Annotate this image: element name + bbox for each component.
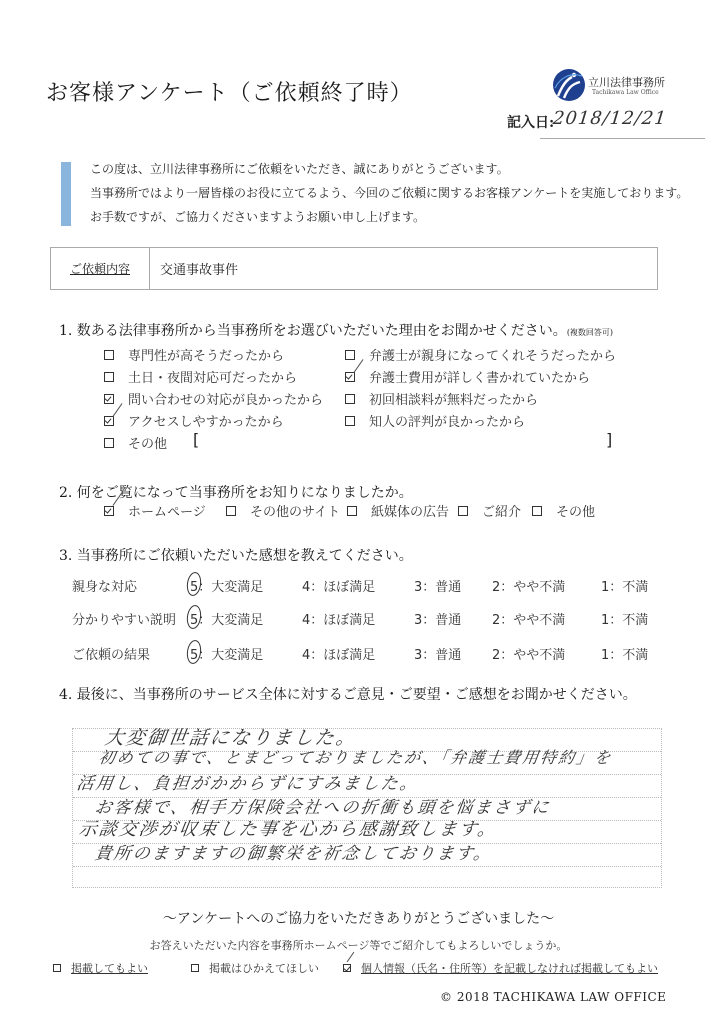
- q2-option-homepage[interactable]: ホームページ: [104, 501, 206, 520]
- q1-option-expertise[interactable]: 専門性が高そうだったから: [104, 345, 284, 364]
- option-label: 専門性が高そうだったから: [128, 345, 284, 364]
- q3-title: 3. 当事務所にご依頼いただいた感想を教えてください。: [59, 545, 413, 565]
- thanks-message: ～アンケートへのご協力をいただきありがとうございました～: [0, 908, 717, 928]
- rating-option-5[interactable]: 5：大変満足: [190, 644, 263, 663]
- date-label: 記入日:: [507, 112, 554, 132]
- checkbox[interactable]: [226, 506, 236, 516]
- option-label: 掲載はひかえてほしい: [209, 960, 319, 976]
- q1-option-free-consult[interactable]: 初回相談料が無料だったから: [345, 389, 538, 408]
- rating-row-explanation: 分かりやすい説明 5：大変満足 4：ほぼ満足 3：普通 2：やや不満 1：不満: [72, 609, 692, 629]
- q1-other-open-bracket: [: [193, 430, 199, 449]
- q1-option-fees[interactable]: 弁護士費用が詳しく書かれていたから: [345, 367, 590, 386]
- checkbox-checked[interactable]: [104, 394, 114, 404]
- q1-option-other[interactable]: その他: [104, 433, 167, 452]
- publish-option-anonymous[interactable]: 個人情報（氏名・住所等）を記載しなければ掲載してもよい: [343, 960, 658, 976]
- rating-option-4[interactable]: 4：ほぼ満足: [302, 609, 375, 628]
- option-label: 掲載してもよい: [71, 960, 148, 976]
- checkbox[interactable]: [458, 506, 468, 516]
- rating-option-4[interactable]: 4：ほぼ満足: [302, 576, 375, 595]
- rating-row-result: ご依頼の結果 5：大変満足 4：ほぼ満足 3：普通 2：やや不満 1：不満: [72, 644, 692, 664]
- law-office-logo-icon: [552, 68, 586, 102]
- option-label: その他: [128, 433, 167, 452]
- handwritten-line-6: 貴所のますますの御繁栄を祈念しております。: [93, 839, 494, 864]
- rating-option-3[interactable]: 3：普通: [414, 609, 461, 628]
- option-label: その他のサイト: [250, 501, 340, 520]
- logo-subtitle: Tachikawa Law Office: [592, 89, 659, 96]
- option-label: ホームページ: [128, 501, 206, 520]
- q2-option-print-ad[interactable]: 紙媒体の広告: [347, 501, 449, 520]
- rating-option-3[interactable]: 3：普通: [414, 644, 461, 663]
- rating-option-5[interactable]: 5：大変満足: [190, 576, 263, 595]
- option-label: 個人情報（氏名・住所等）を記載しなければ掲載してもよい: [361, 960, 658, 976]
- checkbox-checked[interactable]: [345, 372, 355, 382]
- rating-option-1[interactable]: 1：不満: [601, 644, 648, 663]
- logo-name: 立川法律事務所: [588, 74, 665, 90]
- q1-title: 1. 数ある法律事務所から当事務所をお選びいただいた理由をお聞かせください。(複…: [59, 320, 613, 340]
- q1-option-weekend[interactable]: 土日・夜間対応可だったから: [104, 367, 297, 386]
- ruled-line: [73, 866, 661, 867]
- checkbox[interactable]: [104, 372, 114, 382]
- option-label: 弁護士費用が詳しく書かれていたから: [369, 367, 590, 386]
- q1-option-inquiry[interactable]: 問い合わせの対応が良かったから: [104, 389, 323, 408]
- rating-option-2[interactable]: 2：やや不満: [492, 576, 565, 595]
- checkbox[interactable]: [345, 416, 355, 426]
- request-label: ご依頼内容: [51, 248, 150, 289]
- copyright: © 2018 TACHIKAWA LAW OFFICE: [440, 990, 666, 1004]
- q2-option-referral[interactable]: ご紹介: [458, 501, 521, 520]
- rating-option-3[interactable]: 3：普通: [414, 576, 461, 595]
- option-label: 弁護士が親身になってくれそうだったから: [369, 345, 616, 364]
- checkbox[interactable]: [53, 964, 61, 972]
- checkbox-checked[interactable]: [104, 416, 114, 426]
- q4-title: 4. 最後に、当事務所のサービス全体に対するご意見・ご要望・ご感想をお聞かせくだ…: [59, 684, 637, 704]
- q1-option-access[interactable]: アクセスしやすかったから: [104, 411, 284, 430]
- q2-option-other-site[interactable]: その他のサイト: [226, 501, 340, 520]
- date-field[interactable]: 2018/12/21: [552, 108, 668, 129]
- q1-option-reputation[interactable]: 知人の評判が良かったから: [345, 411, 525, 430]
- option-label: 問い合わせの対応が良かったから: [128, 389, 323, 408]
- q1-note: (複数回答可): [567, 328, 613, 337]
- q1-other-close-bracket: ]: [606, 430, 612, 449]
- intro-line-3: お手数ですが、ご協力くださいますようお願い申し上げます。: [90, 208, 425, 225]
- checkbox[interactable]: [347, 506, 357, 516]
- option-label: ご紹介: [482, 501, 521, 520]
- publish-question: お答えいただいた内容を事務所ホームページ等でご紹介してもよろしいでしょうか。: [0, 937, 717, 953]
- checkbox[interactable]: [104, 438, 114, 448]
- option-label: 紙媒体の広告: [371, 501, 449, 520]
- q1-option-caring[interactable]: 弁護士が親身になってくれそうだったから: [345, 345, 616, 364]
- rating-row-caring: 親身な対応 5：大変満足 4：ほぼ満足 3：普通 2：やや不満 1：不満: [72, 576, 692, 596]
- rating-option-1[interactable]: 1：不満: [601, 609, 648, 628]
- request-box: ご依頼内容 交通事故事件: [50, 247, 658, 290]
- rating-label: 分かりやすい説明: [72, 609, 176, 628]
- page-title: お客様アンケート（ご依頼終了時）: [46, 76, 413, 107]
- q2-title: 2. 何をご覧になって当事務所をお知りになりましたか。: [59, 482, 413, 502]
- rating-label: ご依頼の結果: [72, 644, 150, 663]
- rating-option-2[interactable]: 2：やや不満: [492, 609, 565, 628]
- checkbox[interactable]: [345, 350, 355, 360]
- rating-option-1[interactable]: 1：不満: [601, 576, 648, 595]
- q1-title-text: 1. 数ある法律事務所から当事務所をお選びいただいた理由をお聞かせください。: [59, 323, 567, 339]
- option-label: その他: [556, 501, 595, 520]
- intro-line-1: この度は、立川法律事務所にご依頼をいただき、誠にありがとうございます。: [90, 160, 509, 177]
- checkbox[interactable]: [104, 350, 114, 360]
- checkbox-checked[interactable]: [343, 964, 351, 972]
- request-value[interactable]: 交通事故事件: [150, 248, 238, 289]
- handwritten-line-2: 初めての事で、とまどっておりましたが、「弁護士費用特約」を: [97, 745, 614, 768]
- rating-option-5[interactable]: 5：大変満足: [190, 609, 263, 628]
- rating-label: 親身な対応: [72, 576, 137, 595]
- comment-textarea[interactable]: 大変御世話になりました。 初めての事で、とまどっておりましたが、「弁護士費用特約…: [72, 728, 662, 888]
- option-label: 知人の評判が良かったから: [369, 411, 525, 430]
- checkbox[interactable]: [345, 394, 355, 404]
- checkbox-checked[interactable]: [104, 506, 114, 516]
- intro-accent-bar: [61, 162, 71, 226]
- handwritten-line-3: 活用し、負担がかからずにすみました。: [75, 769, 421, 794]
- checkbox[interactable]: [532, 506, 542, 516]
- option-label: 初回相談料が無料だったから: [369, 389, 538, 408]
- q1-other-input[interactable]: [205, 432, 600, 450]
- date-underline: [540, 138, 705, 139]
- option-label: アクセスしやすかったから: [128, 411, 284, 430]
- rating-option-2[interactable]: 2：やや不満: [492, 644, 565, 663]
- handwritten-line-5: 示談交渉が収束した事を心から感謝致します。: [77, 815, 499, 841]
- intro-line-2: 当事務所ではより一層皆様のお役に立てるよう、今回のご依頼に関するお客様アンケート…: [90, 184, 688, 201]
- option-label: 土日・夜間対応可だったから: [128, 367, 297, 386]
- q2-option-other[interactable]: その他: [532, 501, 595, 520]
- publish-option-allow[interactable]: 掲載してもよい: [53, 960, 148, 976]
- rating-option-4[interactable]: 4：ほぼ満足: [302, 644, 375, 663]
- publish-option-decline[interactable]: 掲載はひかえてほしい: [191, 960, 319, 976]
- checkbox[interactable]: [191, 964, 199, 972]
